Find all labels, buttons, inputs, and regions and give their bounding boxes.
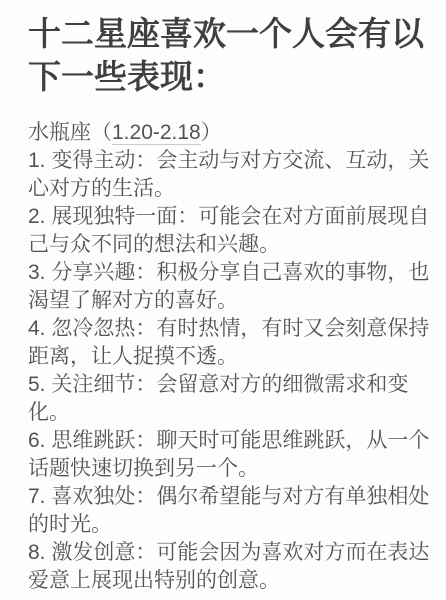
paren-close: ） bbox=[201, 121, 222, 144]
date-range-link[interactable]: 1.20-2.18 bbox=[112, 121, 201, 145]
list-item: 1. 变得主动：会主动与对方交流、互动，关心对方的生活。 bbox=[28, 147, 430, 203]
sign-name: 水瓶座 bbox=[28, 121, 91, 144]
list-item: 7. 喜欢独处：偶尔希望能与对方有单独相处的时光。 bbox=[28, 483, 430, 539]
list-item: 6. 思维跳跃：聊天时可能思维跳跃，从一个话题快速切换到另一个。 bbox=[28, 427, 430, 483]
list-item: 4. 忽冷忽热：有时热情，有时又会刻意保持距离，让人捉摸不透。 bbox=[28, 315, 430, 371]
list-item: 8. 激发创意：可能会因为喜欢对方而在表达爱意上展现出特别的创意。 bbox=[28, 539, 430, 595]
list-item: 3. 分享兴趣：积极分享自己喜欢的事物，也渴望了解对方的喜好。 bbox=[28, 259, 430, 315]
list-item: 5. 关注细节：会留意对方的细微需求和变化。 bbox=[28, 371, 430, 427]
page-title: 十二星座喜欢一个人会有以下一些表现： bbox=[28, 12, 430, 98]
article-body: 水瓶座（1.20-2.18） 1. 变得主动：会主动与对方交流、互动，关心对方的… bbox=[28, 119, 430, 595]
sign-heading: 水瓶座（1.20-2.18） bbox=[28, 119, 430, 147]
article: 十二星座喜欢一个人会有以下一些表现： 水瓶座（1.20-2.18） 1. 变得主… bbox=[28, 12, 430, 595]
list-item: 2. 展现独特一面：可能会在对方面前展现自己与众不同的想法和兴趣。 bbox=[28, 203, 430, 259]
paren-open: （ bbox=[91, 121, 112, 144]
